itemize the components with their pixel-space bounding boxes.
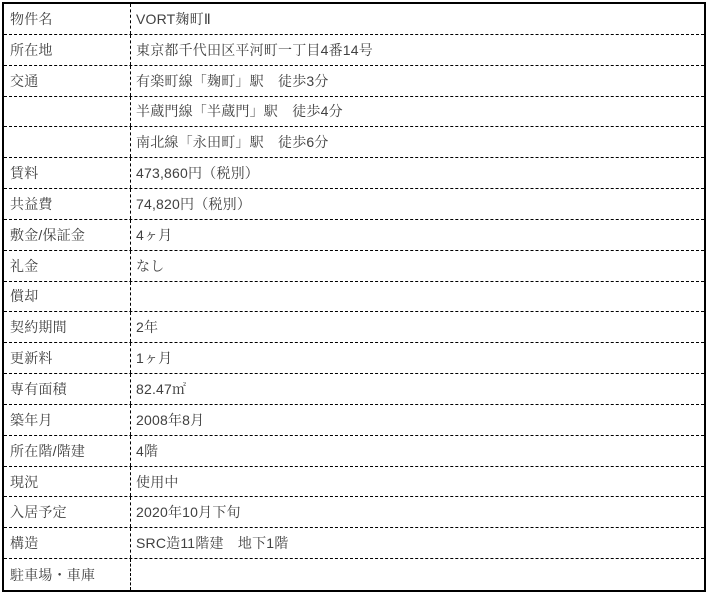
row-value: 4ヶ月	[130, 220, 704, 250]
table-row: 契約期間 2年	[4, 312, 704, 343]
row-label: 築年月	[4, 405, 130, 435]
row-value: 2020年10月下旬	[130, 497, 704, 527]
row-value: 2年	[130, 312, 704, 342]
row-label: 償却	[4, 282, 130, 312]
table-row: 交通 有楽町線「麹町」駅 徒歩3分	[4, 66, 704, 97]
row-value: 2008年8月	[130, 405, 704, 435]
row-label: 専有面積	[4, 374, 130, 404]
table-row: 所在階/階建 4階	[4, 436, 704, 467]
table-row: 償却	[4, 282, 704, 313]
table-row: 駐車場・車庫	[4, 559, 704, 590]
row-value: 4階	[130, 436, 704, 466]
table-row: 敷金/保証金 4ヶ月	[4, 220, 704, 251]
row-value: なし	[130, 251, 704, 281]
table-row: 共益費 74,820円（税別）	[4, 189, 704, 220]
row-value: VORT麹町Ⅱ	[130, 4, 704, 34]
table-row: 築年月 2008年8月	[4, 405, 704, 436]
row-value: 南北線「永田町」駅 徒歩6分	[130, 127, 704, 157]
table-row: 物件名 VORT麹町Ⅱ	[4, 4, 704, 35]
row-label: 現況	[4, 467, 130, 497]
row-label: 礼金	[4, 251, 130, 281]
table-row: 所在地 東京都千代田区平河町一丁目4番14号	[4, 35, 704, 66]
row-value: 74,820円（税別）	[130, 189, 704, 219]
table-row: 現況 使用中	[4, 467, 704, 498]
row-label: 共益費	[4, 189, 130, 219]
table-row: 更新料 1ヶ月	[4, 343, 704, 374]
table-row: 南北線「永田町」駅 徒歩6分	[4, 127, 704, 158]
row-label: 交通	[4, 66, 130, 96]
row-value: 使用中	[130, 467, 704, 497]
row-value	[130, 559, 704, 590]
row-label: 賃料	[4, 158, 130, 188]
row-label: 所在階/階建	[4, 436, 130, 466]
row-value	[130, 282, 704, 312]
row-value: 473,860円（税別）	[130, 158, 704, 188]
row-label: 契約期間	[4, 312, 130, 342]
table-row: 専有面積 82.47㎡	[4, 374, 704, 405]
row-value: 半蔵門線「半蔵門」駅 徒歩4分	[130, 97, 704, 127]
row-value: 82.47㎡	[130, 374, 704, 404]
row-value: 有楽町線「麹町」駅 徒歩3分	[130, 66, 704, 96]
table-row: 半蔵門線「半蔵門」駅 徒歩4分	[4, 97, 704, 128]
row-label: 入居予定	[4, 497, 130, 527]
row-label	[4, 97, 130, 127]
table-row: 礼金 なし	[4, 251, 704, 282]
row-label: 構造	[4, 528, 130, 558]
row-label: 駐車場・車庫	[4, 559, 130, 590]
row-label: 所在地	[4, 35, 130, 65]
table-row: 入居予定 2020年10月下旬	[4, 497, 704, 528]
property-detail-table: 物件名 VORT麹町Ⅱ 所在地 東京都千代田区平河町一丁目4番14号 交通 有楽…	[2, 2, 706, 592]
table-row: 賃料 473,860円（税別）	[4, 158, 704, 189]
row-value: SRC造11階建 地下1階	[130, 528, 704, 558]
row-label	[4, 127, 130, 157]
row-value: 東京都千代田区平河町一丁目4番14号	[130, 35, 704, 65]
table-row: 構造 SRC造11階建 地下1階	[4, 528, 704, 559]
row-value: 1ヶ月	[130, 343, 704, 373]
row-label: 敷金/保証金	[4, 220, 130, 250]
row-label: 物件名	[4, 4, 130, 34]
row-label: 更新料	[4, 343, 130, 373]
